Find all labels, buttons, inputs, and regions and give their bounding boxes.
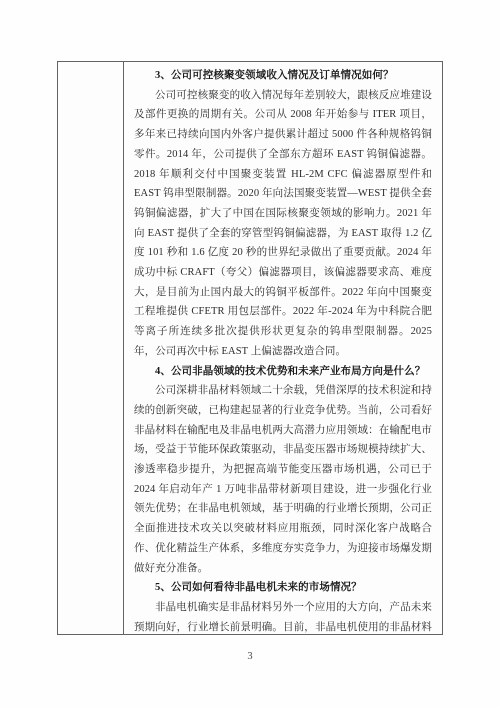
question-3-heading: 3、公司可控核聚变领域收入情况及订单情况如何？ xyxy=(134,66,432,86)
answer-5-paragraph: 非晶电机确实是非晶材料另外一个应用的大方向，产品未来预期向好，行业增长前景明确。… xyxy=(134,598,432,634)
answer-3-paragraph: 公司可控核聚变的收入情况每年差别较大，跟核反应堆建设及部件更换的周期有关。公司从… xyxy=(134,86,432,362)
page-number: 3 xyxy=(0,651,500,662)
document-page: 3、公司可控核聚变领域收入情况及订单情况如何？ 公司可控核聚变的收入情况每年差别… xyxy=(0,0,500,707)
question-5-heading: 5、公司如何看待非晶电机未来的市场情况？ xyxy=(134,578,432,598)
question-4-heading: 4、公司非晶领域的技术优势和未来产业布局方向是什么？ xyxy=(134,362,432,382)
qa-table: 3、公司可控核聚变领域收入情况及订单情况如何？ 公司可控核聚变的收入情况每年差别… xyxy=(57,61,443,635)
table-left-cell xyxy=(58,62,124,634)
table-content-cell: 3、公司可控核聚变领域收入情况及订单情况如何？ 公司可控核聚变的收入情况每年差别… xyxy=(124,62,442,634)
answer-4-paragraph: 公司深耕非晶材料领域二十余载，凭借深厚的技术积淀和持续的创新突破，已构建起显著的… xyxy=(134,381,432,578)
